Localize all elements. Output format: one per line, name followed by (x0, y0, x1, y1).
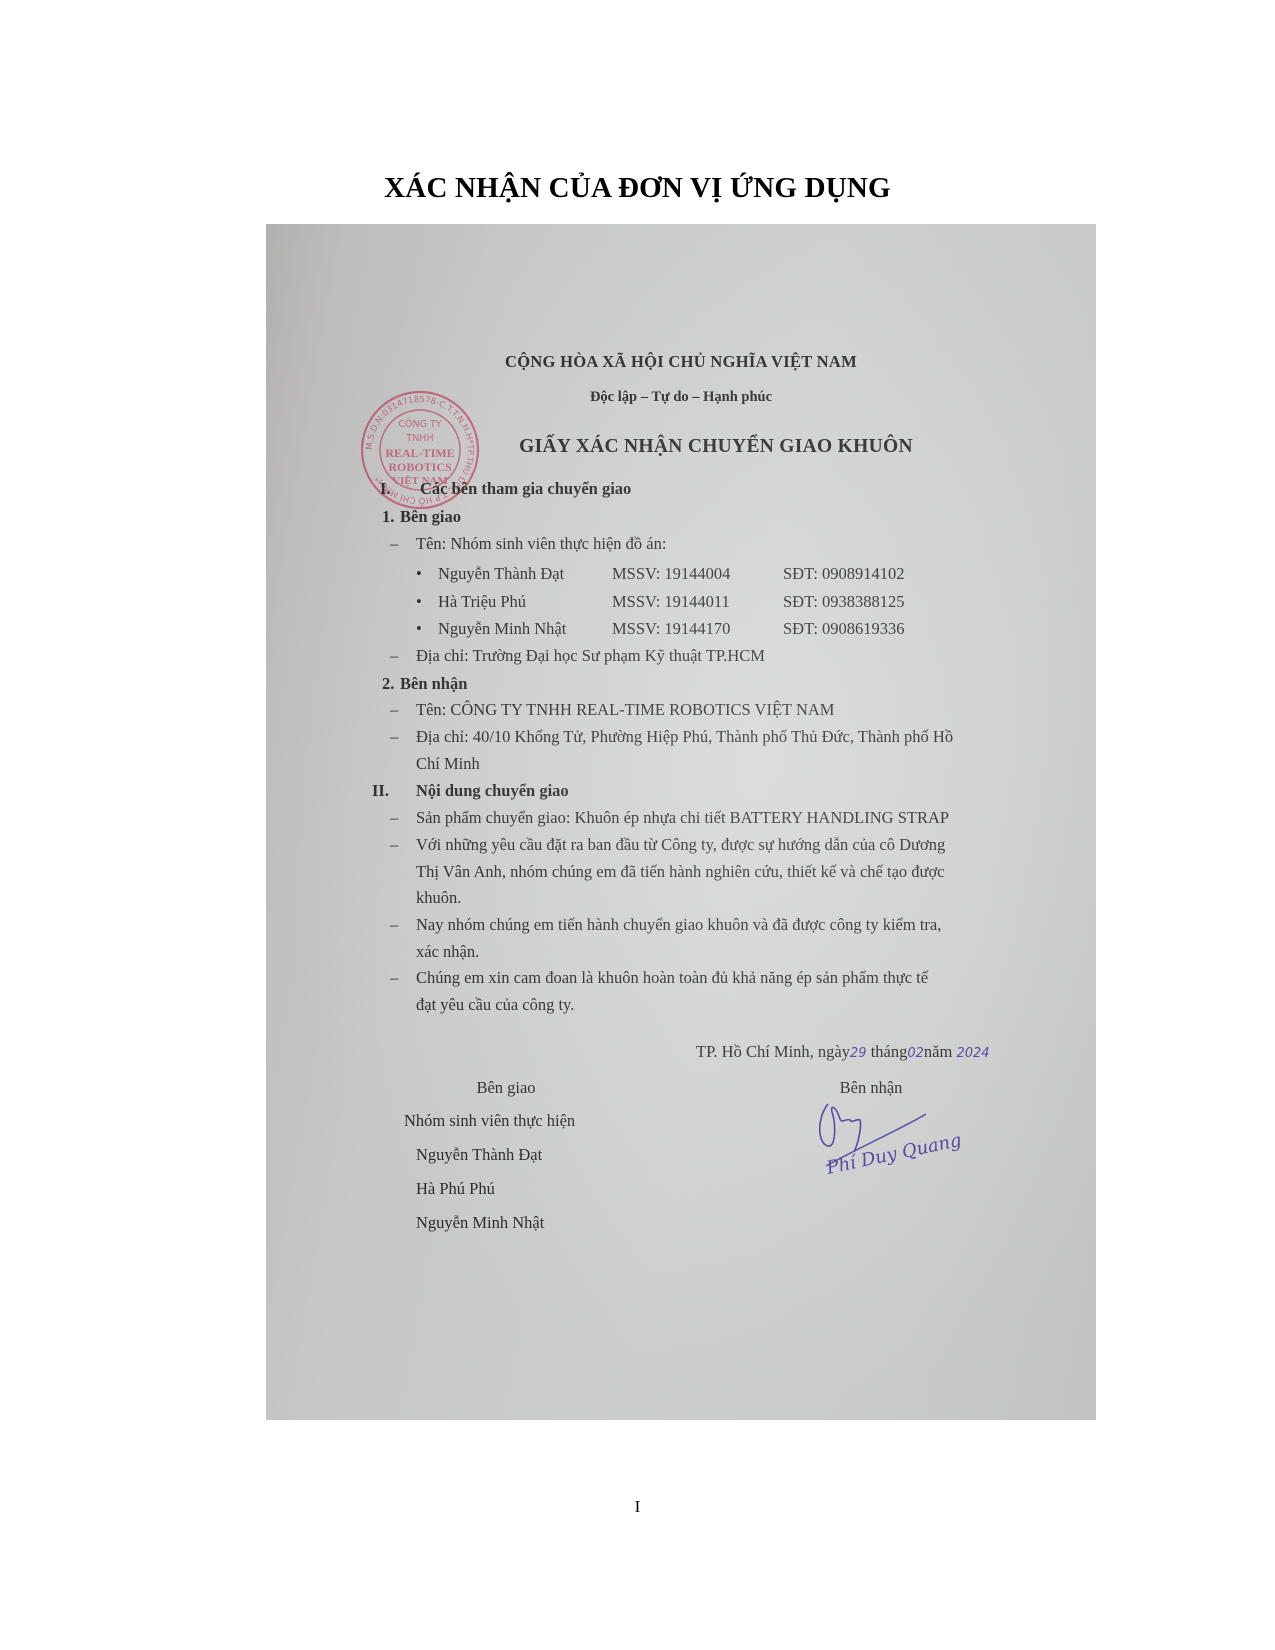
transfer-item-continuation: Thị Vân Anh, nhóm chúng em đã tiến hành … (416, 862, 945, 882)
transfer-item: Nay nhóm chúng em tiến hành chuyển giao … (416, 915, 941, 935)
stamp-line: REAL-TIME (385, 446, 454, 460)
handwritten-month: 02 (907, 1046, 924, 1061)
ben-nhan-address-continuation: Chí Minh (416, 754, 480, 774)
transfer-item: Sản phẩm chuyển giao: Khuôn ép nhựa chi … (416, 808, 949, 828)
transfer-item: Chúng em xin cam đoan là khuôn hoàn toàn… (416, 968, 928, 988)
signatory-name: Hà Phú Phú (416, 1179, 495, 1199)
handwritten-signature-icon: Phí Duy Quang (806, 1074, 986, 1194)
handwritten-day: 29 (850, 1046, 867, 1061)
ben-giao-name-line: Tên: Nhóm sinh viên thực hiện đồ án: (416, 534, 666, 554)
page-title: XÁC NHẬN CỦA ĐƠN VỊ ỨNG DỤNG (0, 172, 1275, 205)
ben-nhan-address-line: Địa chỉ: 40/10 Khổng Tử, Phường Hiệp Phú… (416, 727, 953, 747)
signatory-name: Nguyễn Minh Nhật (416, 1213, 544, 1233)
subsection-ben-giao-heading: 1. Bên giao (400, 507, 461, 527)
signature-left-title: Bên giao (416, 1078, 596, 1098)
stamp-line: TNHH (405, 433, 433, 444)
transfer-item: Với những yêu cầu đặt ra ban đầu từ Công… (416, 835, 945, 855)
member-row: Hà Triệu Phú MSSV: 19144011 SĐT: 0938388… (438, 592, 958, 612)
transfer-item-continuation: đạt yêu cầu của công ty. (416, 995, 574, 1015)
transfer-item-continuation: xác nhận. (416, 942, 479, 962)
national-header: CỘNG HÒA XÃ HỘI CHỦ NGHĨA VIỆT NAM (266, 352, 1096, 372)
member-row: Nguyễn Thành Đạt MSSV: 19144004 SĐT: 090… (438, 564, 958, 584)
transfer-confirmation-document: CỘNG HÒA XÃ HỘI CHỦ NGHĨA VIỆT NAM Độc l… (266, 224, 1096, 1420)
date-line: TP. Hồ Chí Minh, ngày29 tháng02năm 2024 (696, 1042, 990, 1062)
subsection-ben-nhan-heading: 2. Bên nhận (400, 674, 467, 694)
section-1-heading: I. Các bên tham gia chuyển giao (420, 479, 631, 499)
signatory-name: Nguyễn Thành Đạt (416, 1145, 542, 1165)
stamp-line: CÔNG TY (398, 418, 441, 430)
stamp-line: ROBOTICS (388, 460, 452, 474)
page-number: I (0, 1497, 1275, 1517)
signature-text: Phí Duy Quang (824, 1130, 964, 1179)
ben-giao-address: Địa chỉ: Trường Đại học Sư phạm Kỹ thuật… (416, 646, 765, 666)
scanned-document-photo: CỘNG HÒA XÃ HỘI CHỦ NGHĨA VIỆT NAM Độc l… (266, 224, 1096, 1420)
transfer-item-continuation: khuôn. (416, 888, 461, 908)
signature-left-subtitle: Nhóm sinh viên thực hiện (404, 1111, 575, 1131)
section-2-heading: II. Nội dung chuyển giao (416, 781, 569, 801)
ben-nhan-name-line: Tên: CÔNG TY TNHH REAL-TIME ROBOTICS VIỆ… (416, 700, 834, 720)
member-row: Nguyễn Minh Nhật MSSV: 19144170 SĐT: 090… (438, 619, 958, 639)
handwritten-year: 2024 (956, 1046, 989, 1061)
